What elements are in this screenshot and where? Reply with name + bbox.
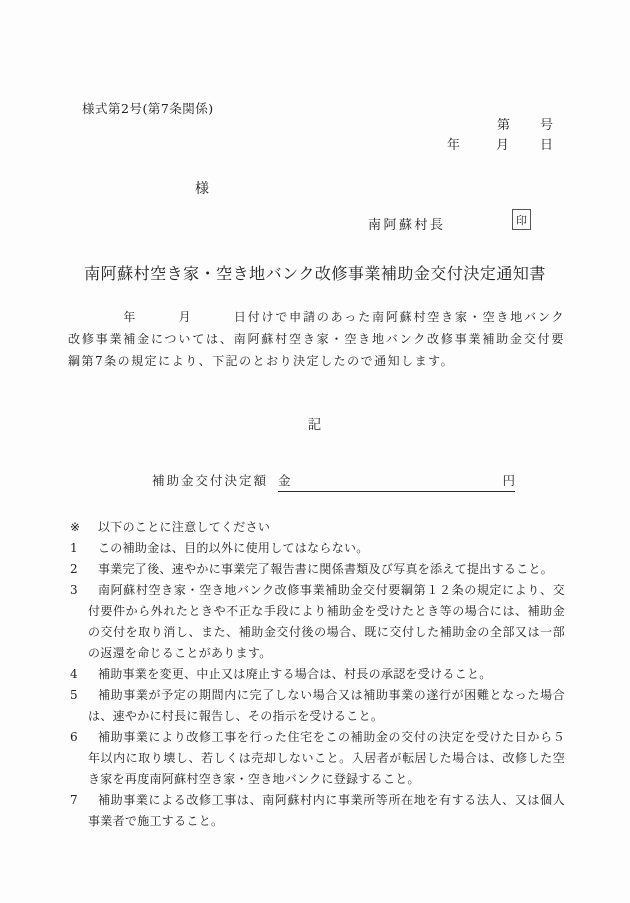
record-heading: 記 (0, 413, 630, 433)
note-item-7: 7 補助事業による改修工事は、南阿蘇村内に事業所等所在地を有する法人、又は個人事… (70, 790, 565, 832)
note-marker: ※ (70, 517, 80, 538)
note-number: 5 (70, 685, 78, 706)
note-item-5: 5 補助事業が予定の期間内に完了しない場合又は補助事業の遂行が困難となった場合は… (70, 685, 565, 727)
date-month-label: 月 (496, 134, 509, 153)
note-item-1: 1 この補助金は、目的以外に使用してはならない。 (70, 538, 565, 559)
note-text: 以下のことに注意してください (98, 520, 270, 534)
note-text: 補助事業が予定の期間内に完了しない場合又は補助事業の遂行が困難となった場合は、速… (88, 688, 565, 723)
document-number-line: 第 号 (497, 114, 553, 133)
note-number: 3 (70, 580, 78, 601)
amount-label: 補助金交付決定額 (152, 471, 268, 489)
note-item-4: 4 補助事業を変更、中止又は廃止する場合は、村長の承認を受けること。 (70, 664, 565, 685)
date-day-label: 日 (540, 134, 553, 153)
note-number: 7 (70, 790, 78, 811)
document-page: 様式第2号(第7条関係) 第 号 年 月 日 様 南阿蘇村長 印 南阿蘇村空き家… (0, 0, 630, 903)
note-text: 補助事業により改修工事を行った住宅をこの補助金の交付の決定を受けた日から５年以内… (88, 730, 565, 786)
amount-row: 補助金交付決定額 金 円 (152, 471, 515, 492)
currency-suffix: 円 (503, 471, 516, 489)
addressee-honorific: 様 (195, 178, 209, 198)
note-item-2: 2 事業完了後、速やかに事業完了報告書に関係書類及び写真を添えて提出すること。 (70, 559, 565, 580)
date-year-label: 年 (447, 134, 460, 153)
issuer-name: 南阿蘇村長 (368, 214, 446, 233)
note-text: 事業完了後、速やかに事業完了報告書に関係書類及び写真を添えて提出すること。 (98, 562, 553, 576)
note-item-caution: ※ 以下のことに注意してください (70, 517, 565, 538)
note-number: 1 (70, 538, 78, 559)
date-line: 年 月 日 (447, 134, 553, 153)
document-number-suffix: 号 (540, 114, 553, 133)
note-text: この補助金は、目的以外に使用してはならない。 (98, 541, 369, 555)
note-item-3: 3 南阿蘇村空き家・空き地バンク改修事業補助金交付要綱第１２条の規定により、交付… (70, 580, 565, 664)
form-number-label: 様式第2号(第7条関係) (82, 99, 214, 117)
note-text: 補助事業による改修工事は、南阿蘇村内に事業所等所在地を有する法人、又は個人事業者… (88, 793, 565, 828)
note-number: 2 (70, 559, 78, 580)
note-text: 南阿蘇村空き家・空き地バンク改修事業補助金交付要綱第１２条の規定により、交付要件… (88, 583, 565, 660)
currency-prefix: 金 (278, 471, 291, 489)
seal-label: 印 (516, 212, 527, 228)
note-text: 補助事業を変更、中止又は廃止する場合は、村長の承認を受けること。 (98, 667, 492, 681)
note-item-6: 6 補助事業により改修工事を行った住宅をこの補助金の交付の決定を受けた日から５年… (70, 727, 565, 790)
document-title: 南阿蘇村空き家・空き地バンク改修事業補助金交付決定通知書 (0, 261, 630, 284)
notes-list: ※ 以下のことに注意してください 1 この補助金は、目的以外に使用してはならない… (70, 517, 565, 832)
body-paragraph: 年 月 日付けで申請のあった南阿蘇村空き家・空き地バンク改修事業補金については、… (68, 306, 565, 372)
amount-blank-field: 金 円 (278, 471, 515, 492)
document-number-prefix: 第 (497, 114, 510, 133)
note-number: 4 (70, 664, 78, 685)
note-number: 6 (70, 727, 78, 748)
seal-box: 印 (512, 209, 531, 230)
